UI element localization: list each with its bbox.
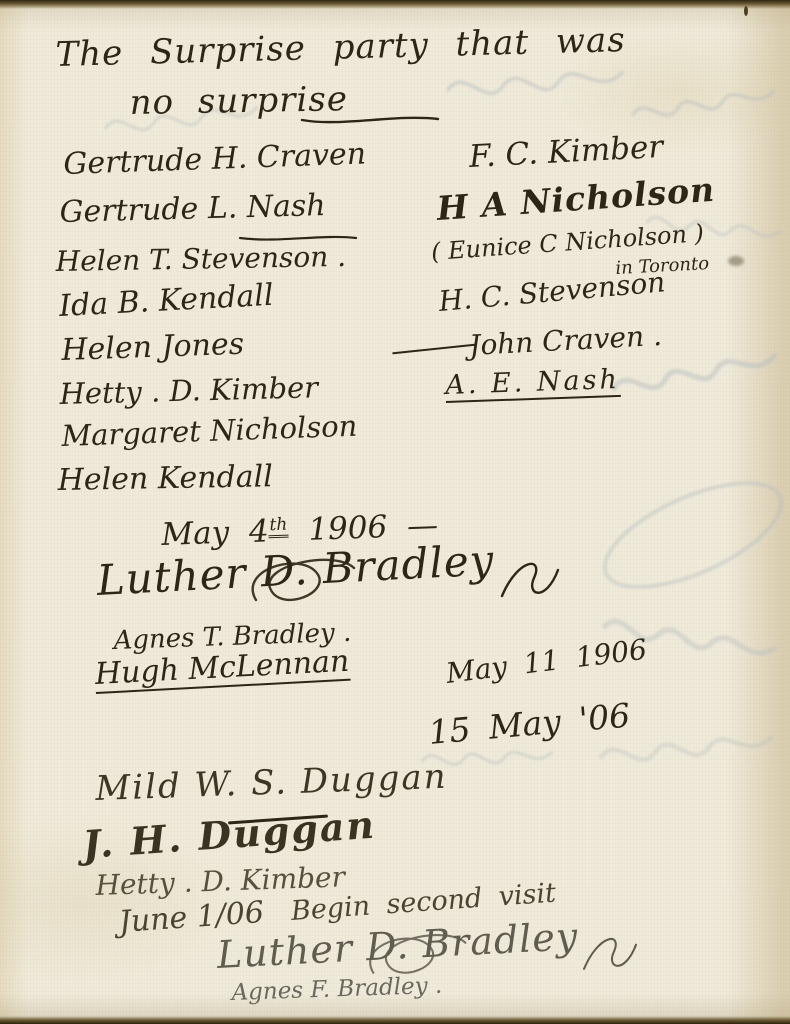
signature: Gertrude L. Nash [59,191,326,228]
signature: Agnes F. Bradley . [231,975,442,1005]
signature: Gertrude H. Craven [63,139,367,180]
signature: F. C. Kimber [468,132,664,173]
signature: Luther D. Bradley [96,539,496,602]
signature: Luther D. Bradley [216,917,579,974]
underline-flourish [300,112,440,128]
scan-edge-top [0,0,790,9]
ink-smudge [728,256,744,266]
signature: J. H. Duggan [81,806,377,864]
signature-swash [580,928,640,980]
pen-flourish-stroke [392,344,476,355]
scan-edge-bottom [0,1016,790,1024]
signature: Ida B. Kendall [58,281,274,322]
signature: Helen Jones [61,330,245,366]
signature-swash [498,552,562,608]
signature: A. E. Nash [445,366,620,403]
signature: Margaret Nicholson [61,412,358,451]
signature: Helen Kendall [57,462,273,496]
bleed-through-ghost [597,286,790,454]
ordinal-suffix: th [268,514,289,538]
guestbook-page: The Surprise party that was no surprise … [0,0,790,1024]
signature: Helen T. Stevenson . [56,243,347,276]
ink-speck [744,6,748,16]
signature: Mild W. S. Duggan [95,760,448,806]
signature: Hetty . D. Kimber [59,373,318,409]
